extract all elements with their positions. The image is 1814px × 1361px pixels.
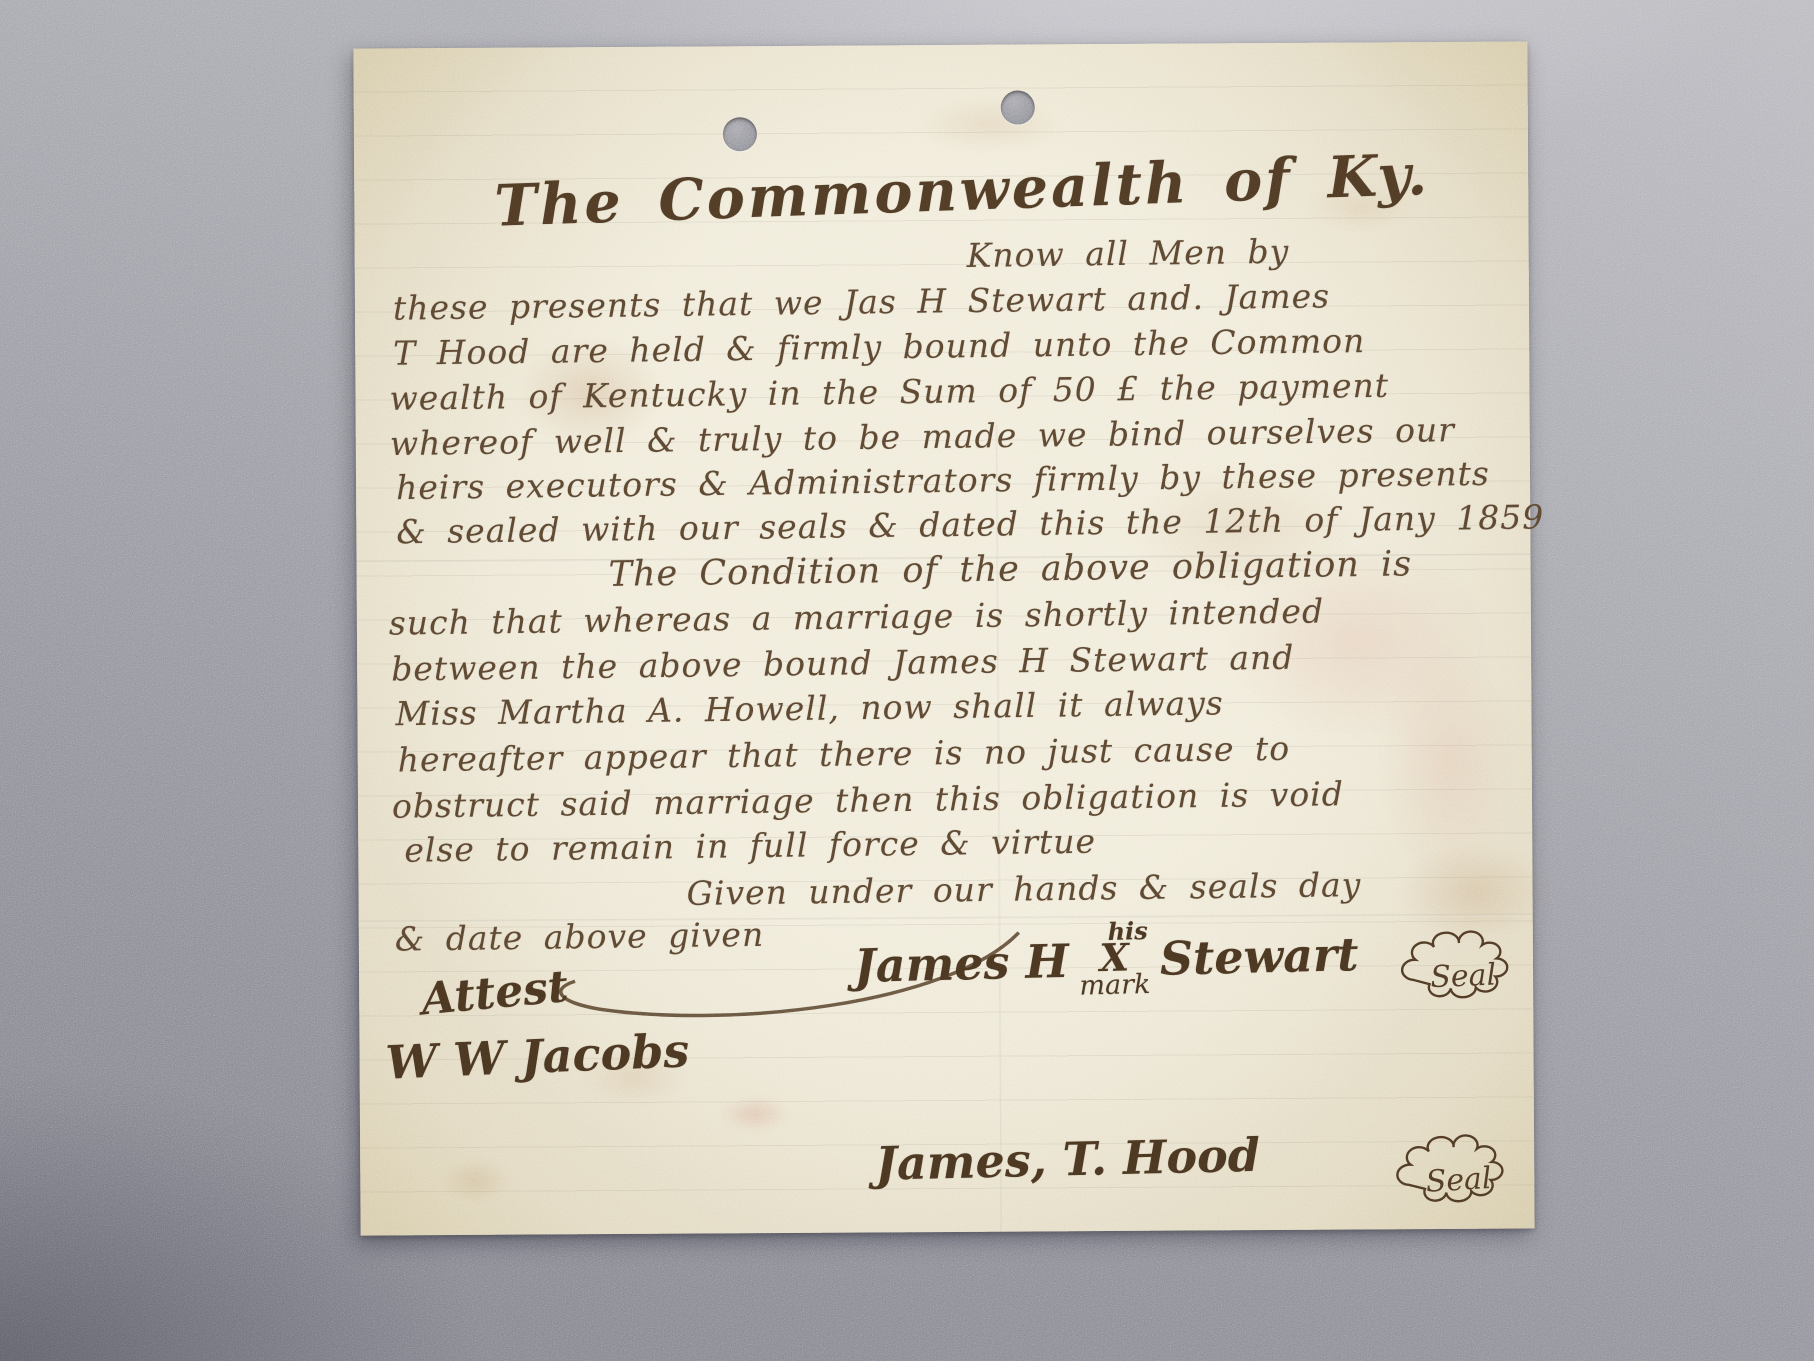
attest-label: Attest	[419, 961, 570, 1025]
mark-label: mark	[1079, 974, 1150, 999]
paper-stain	[914, 96, 1064, 153]
paper-stain	[1377, 641, 1518, 882]
signature-first-name: James H	[853, 934, 1069, 993]
handwritten-line: obstruct said marriage then this obligat…	[392, 774, 1344, 825]
handwritten-line: between the above bound James H Stewart …	[391, 638, 1295, 689]
photo-background: The Commonwealth of Ky. Know all Men by …	[0, 0, 1814, 1361]
punch-hole-left	[723, 117, 757, 151]
handwritten-line: such that whereas a marriage is shortly …	[389, 591, 1325, 642]
handwritten-line: whereof well & truly to be made we bind …	[390, 410, 1456, 463]
handwritten-line: else to remain in full force & virtue	[404, 822, 1096, 870]
handwritten-line: these presents that we Jas H Stewart and…	[393, 276, 1331, 327]
handwritten-line: The Condition of the above obligation is	[608, 544, 1412, 595]
paper-stain	[440, 1158, 510, 1204]
his-mark-stack: his X mark	[1078, 921, 1151, 998]
handwritten-line: heirs executors & Administrators firmly …	[396, 454, 1490, 507]
signature-last-name: Stewart	[1159, 927, 1359, 986]
seal-label: Seal	[1430, 957, 1497, 995]
handwritten-line: & date above given	[395, 915, 765, 959]
seal-label: Seal	[1425, 1161, 1493, 1200]
document-title: The Commonwealth of Ky.	[493, 141, 1431, 240]
handwritten-line: Miss Martha A. Howell, now shall it alwa…	[395, 683, 1224, 733]
paper-stain	[720, 1096, 790, 1132]
seal-stamp-hood: Seal	[1390, 1130, 1527, 1220]
signature-james-t-hood: James, T. Hood	[875, 1128, 1261, 1191]
handwritten-line: wealth of Kentucky in the Sum of 50 £ th…	[389, 366, 1389, 418]
punch-hole-right	[1001, 90, 1035, 124]
document-paper: The Commonwealth of Ky. Know all Men by …	[353, 41, 1534, 1235]
handwritten-line: hereafter appear that there is no just c…	[397, 729, 1290, 780]
his-label: his	[1107, 921, 1148, 942]
signature-witness-jacobs: W W Jacobs	[385, 1023, 691, 1089]
handwritten-line: Know all Men by	[966, 232, 1289, 275]
handwritten-line: T Hood are held & firmly bound unto the …	[393, 321, 1365, 373]
handwritten-line: Given under our hands & seals day	[686, 865, 1361, 913]
seal-stamp-stewart: Seal	[1395, 927, 1530, 1014]
signature-james-h-stewart: James H his X mark Stewart	[853, 916, 1359, 1003]
handwritten-line: & sealed with our seals & dated this the…	[396, 497, 1544, 551]
